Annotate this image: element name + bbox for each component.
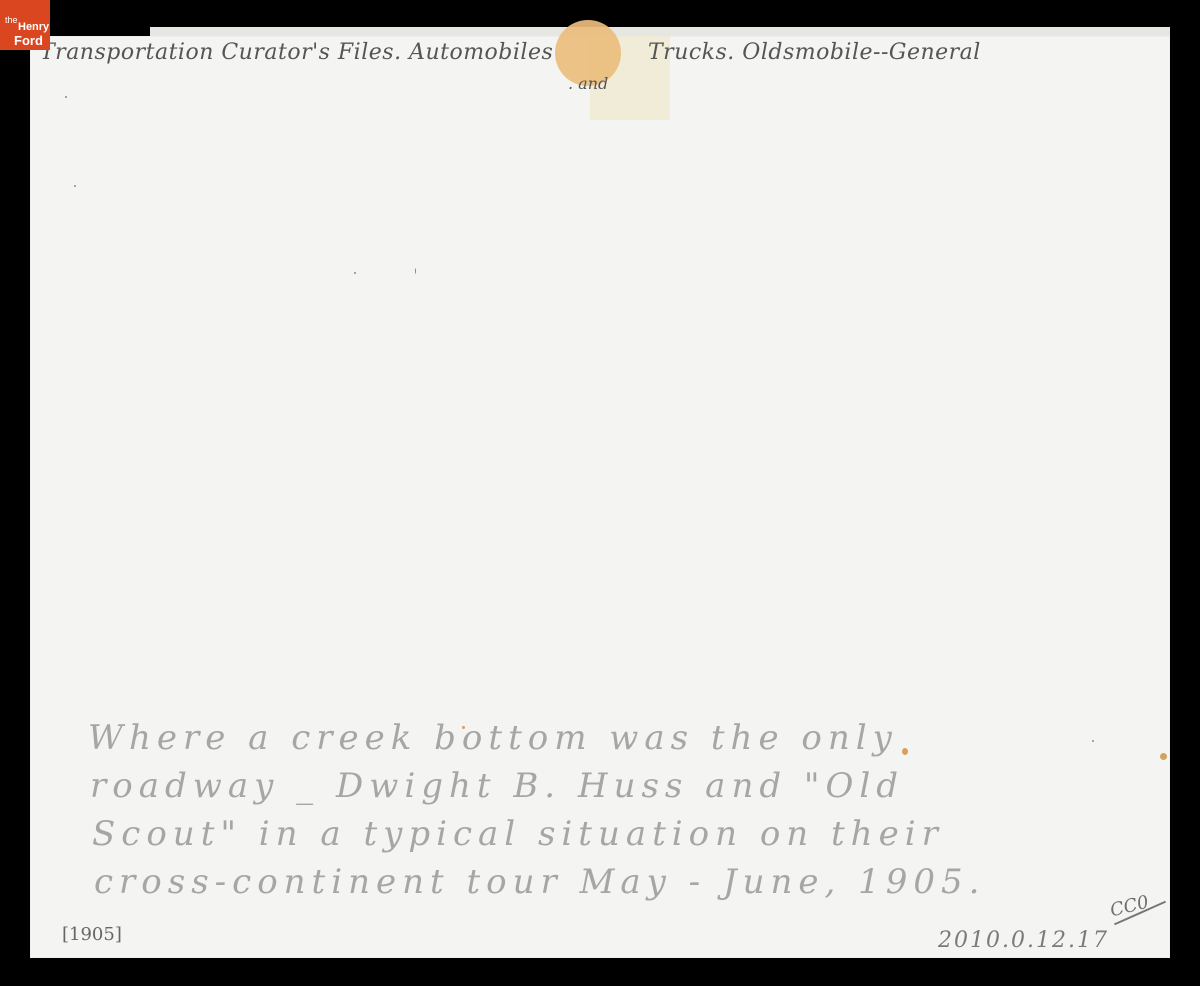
speck: [354, 272, 356, 274]
date-note: [1905]: [62, 924, 122, 945]
caption-line: Where a creek bottom was the only: [88, 718, 898, 758]
header-note-category: Trucks. Oldsmobile--General: [648, 40, 981, 65]
logo-text-ford: Ford: [14, 34, 43, 47]
logo-text-henry: Henry: [18, 22, 49, 33]
foxing-spot: [462, 726, 465, 729]
header-note-and: . and: [568, 74, 608, 93]
caption-line: roadway _ Dwight B. Huss and "Old: [90, 766, 904, 806]
henry-ford-logo: the Henry Ford: [0, 0, 50, 50]
speck: [415, 268, 416, 274]
caption-line: cross-continent tour May - June, 1905.: [94, 862, 985, 902]
speck: [65, 96, 67, 98]
foxing-spot: [1160, 753, 1167, 760]
speck: [74, 185, 76, 187]
logo-text-the: the: [5, 16, 18, 25]
header-note-files: Transportation Curator's Files. Automobi…: [40, 40, 553, 65]
accession-number: 2010.0.12.17: [938, 928, 1109, 953]
caption-line: Scout" in a typical situation on their: [92, 814, 944, 854]
foxing-spot: [902, 748, 908, 755]
speck: [1092, 740, 1094, 742]
